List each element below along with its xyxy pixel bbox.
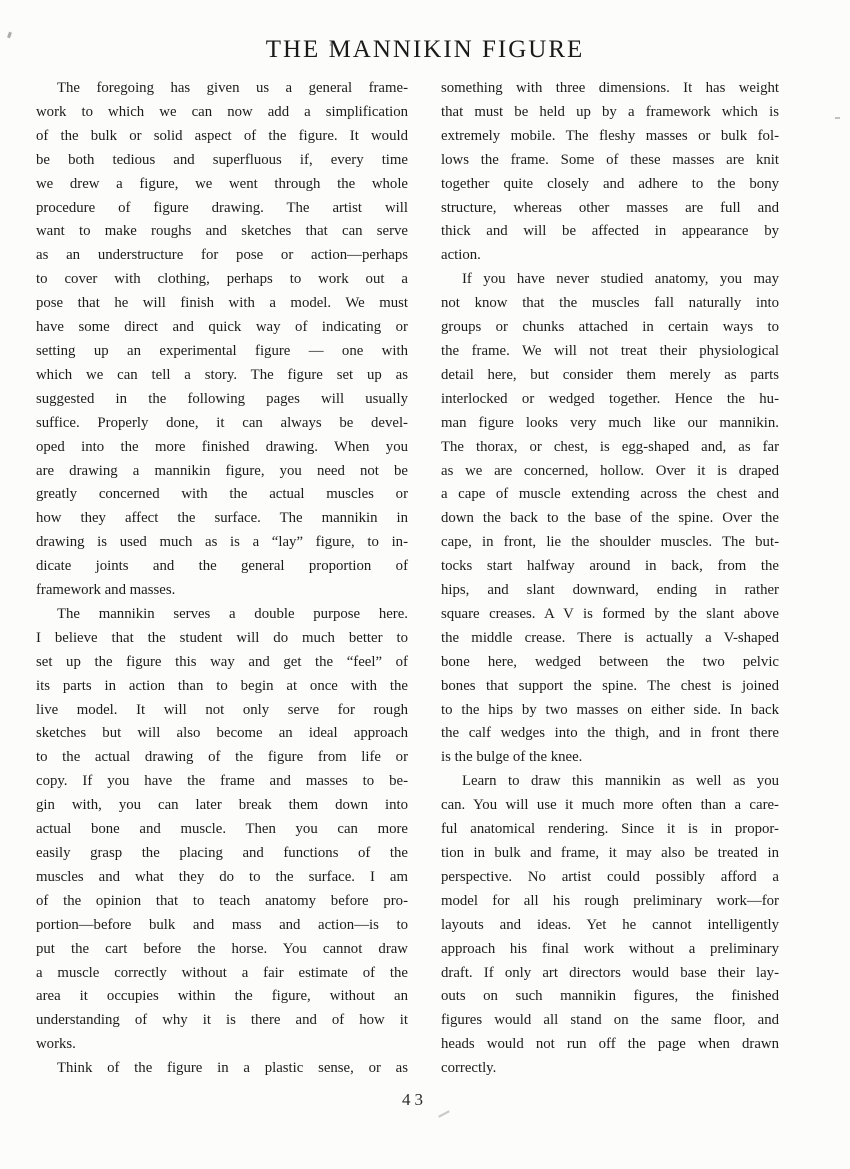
right-column: something with three dimensions. It has … bbox=[441, 77, 779, 1081]
text-line: lows the frame. Some of these masses are… bbox=[441, 149, 779, 173]
text-line: tocks start halfway around in back, from… bbox=[441, 555, 779, 579]
text-line: of the bulk or solid aspect of the figur… bbox=[36, 125, 408, 149]
text-line: the middle crease. There is actually a V… bbox=[441, 627, 779, 651]
text-line: man figure looks very much like our mann… bbox=[441, 412, 779, 436]
page-number: 43 bbox=[402, 1090, 427, 1110]
text-line: interlocked or wedged together. Hence th… bbox=[441, 388, 779, 412]
page-title: THE MANNIKIN FIGURE bbox=[0, 36, 850, 64]
text-line: bones that support the spine. The chest … bbox=[441, 675, 779, 699]
text-line: portion—before bulk and mass and action—… bbox=[36, 914, 408, 938]
text-line: be both tedious and superfluous if, ever… bbox=[36, 149, 408, 173]
text-line: want to make roughs and sketches that ca… bbox=[36, 220, 408, 244]
text-line: framework and masses. bbox=[36, 579, 408, 603]
scan-speck bbox=[835, 117, 840, 119]
text-line: approach his final work without a prelim… bbox=[441, 938, 779, 962]
text-line: setting up an experimental figure — one … bbox=[36, 340, 408, 364]
text-line: work to which we can now add a simplific… bbox=[36, 101, 408, 125]
text-line: square creases. A V is formed by the sla… bbox=[441, 603, 779, 627]
text-line: bone here, wedged between the two pelvic bbox=[441, 651, 779, 675]
text-line: area it occupies within the figure, with… bbox=[36, 985, 408, 1009]
text-line: something with three dimensions. It has … bbox=[441, 77, 779, 101]
text-line: tion in bulk and frame, it may also be t… bbox=[441, 842, 779, 866]
left-column: The foregoing has given us a general fra… bbox=[36, 77, 408, 1081]
book-page: THE MANNIKIN FIGURE The foregoing has gi… bbox=[0, 0, 850, 1169]
text-line: as we are concerned, hollow. Over it is … bbox=[441, 460, 779, 484]
text-line: perspective. No artist could possibly af… bbox=[441, 866, 779, 890]
text-line: of the opinion that to teach anatomy bef… bbox=[36, 890, 408, 914]
text-line: groups or chunks attached in certain way… bbox=[441, 316, 779, 340]
text-line: hips, and slant downward, ending in rath… bbox=[441, 579, 779, 603]
text-line: drawing is used much as is a “lay” figur… bbox=[36, 531, 408, 555]
text-line: to the actual drawing of the figure from… bbox=[36, 746, 408, 770]
text-line: suggested in the following pages will us… bbox=[36, 388, 408, 412]
text-line: model for all his rough preliminary work… bbox=[441, 890, 779, 914]
text-line: a muscle correctly without a fair estima… bbox=[36, 962, 408, 986]
text-line: easily grasp the placing and functions o… bbox=[36, 842, 408, 866]
text-line: gin with, you can later break them down … bbox=[36, 794, 408, 818]
text-line: The foregoing has given us a general fra… bbox=[36, 77, 408, 101]
text-line: extremely mobile. The fleshy masses or b… bbox=[441, 125, 779, 149]
scan-speck bbox=[438, 1110, 450, 1117]
text-line: that must be held up by a framework whic… bbox=[441, 101, 779, 125]
text-line: put the cart before the horse. You canno… bbox=[36, 938, 408, 962]
text-line: Learn to draw this mannikin as well as y… bbox=[441, 770, 779, 794]
text-line: the frame. We will not treat their physi… bbox=[441, 340, 779, 364]
text-line: which we can tell a story. The figure se… bbox=[36, 364, 408, 388]
text-line: is the bulge of the knee. bbox=[441, 746, 779, 770]
text-line: If you have never studied anatomy, you m… bbox=[441, 268, 779, 292]
text-line: to the hips by two masses on either side… bbox=[441, 699, 779, 723]
text-line: sketches but will also become an ideal a… bbox=[36, 722, 408, 746]
text-line: greatly concerned with the actual muscle… bbox=[36, 483, 408, 507]
text-line: have some direct and quick way of indica… bbox=[36, 316, 408, 340]
text-line: action. bbox=[441, 244, 779, 268]
text-line: figures would all stand on the same floo… bbox=[441, 1009, 779, 1033]
text-line: suffice. Properly done, it can always be… bbox=[36, 412, 408, 436]
text-columns: The foregoing has given us a general fra… bbox=[36, 77, 779, 1081]
text-line: its parts in action than to begin at onc… bbox=[36, 675, 408, 699]
text-line: The thorax, or chest, is egg-shaped and,… bbox=[441, 436, 779, 460]
text-line: heads would not run off the page when dr… bbox=[441, 1033, 779, 1057]
text-line: works. bbox=[36, 1033, 408, 1057]
text-line: we drew a figure, we went through the wh… bbox=[36, 173, 408, 197]
text-line: thick and will be affected in appearance… bbox=[441, 220, 779, 244]
text-line: ful anatomical rendering. Since it is in… bbox=[441, 818, 779, 842]
text-line: draft. If only art directors would base … bbox=[441, 962, 779, 986]
text-line: Think of the figure in a plastic sense, … bbox=[36, 1057, 408, 1081]
text-line: I believe that the student will do much … bbox=[36, 627, 408, 651]
text-line: down the back to the base of the spine. … bbox=[441, 507, 779, 531]
text-line: to cover with clothing, perhaps to work … bbox=[36, 268, 408, 292]
text-line: dicate joints and the general proportion… bbox=[36, 555, 408, 579]
text-line: can. You will use it much more often tha… bbox=[441, 794, 779, 818]
text-line: muscles and what they do to the surface.… bbox=[36, 866, 408, 890]
text-line: correctly. bbox=[441, 1057, 779, 1081]
text-line: set up the figure this way and get the “… bbox=[36, 651, 408, 675]
text-line: how they affect the surface. The manniki… bbox=[36, 507, 408, 531]
text-line: not know that the muscles fall naturally… bbox=[441, 292, 779, 316]
text-line: as an understructure for pose or action—… bbox=[36, 244, 408, 268]
text-line: a cape of muscle extending across the ch… bbox=[441, 483, 779, 507]
text-line: procedure of figure drawing. The artist … bbox=[36, 197, 408, 221]
text-line: actual bone and muscle. Then you can mor… bbox=[36, 818, 408, 842]
text-line: live model. It will not only serve for r… bbox=[36, 699, 408, 723]
text-line: The mannikin serves a double purpose her… bbox=[36, 603, 408, 627]
text-line: layouts and ideas. Yet he cannot intelli… bbox=[441, 914, 779, 938]
text-line: copy. If you have the frame and masses t… bbox=[36, 770, 408, 794]
text-line: structure, whereas other masses are full… bbox=[441, 197, 779, 221]
text-line: understanding of why it is there and of … bbox=[36, 1009, 408, 1033]
text-line: outs on such mannikin figures, the finis… bbox=[441, 985, 779, 1009]
text-line: the calf wedges into the thigh, and in f… bbox=[441, 722, 779, 746]
text-line: oped into the more finished drawing. Whe… bbox=[36, 436, 408, 460]
text-line: detail here, but consider them merely as… bbox=[441, 364, 779, 388]
text-line: together quite closely and adhere to the… bbox=[441, 173, 779, 197]
text-line: are drawing a mannikin figure, you need … bbox=[36, 460, 408, 484]
text-line: cape, in front, lie the shoulder muscles… bbox=[441, 531, 779, 555]
text-line: pose that he will finish with a model. W… bbox=[36, 292, 408, 316]
